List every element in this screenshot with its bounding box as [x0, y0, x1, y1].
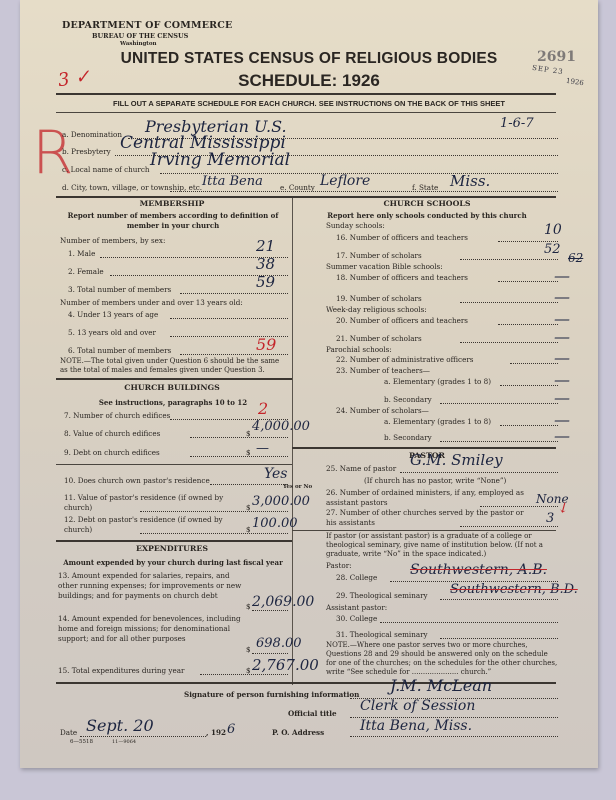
fill-line [180, 354, 288, 355]
schools-title: CHURCH SCHOOLS [296, 199, 558, 208]
q8-value: 4,000.00 [252, 419, 310, 434]
official-title-label: Official title [288, 709, 337, 718]
q29-label: 29. Theological seminary [336, 591, 428, 600]
q10-label: 10. Does church own pastor's residence [64, 476, 210, 485]
fill-line [460, 302, 558, 303]
q17-correction: 62 [568, 251, 583, 265]
weekday-schools-label: Week-day religious schools: [326, 305, 427, 314]
q23b-value: — [554, 388, 570, 407]
divider [56, 464, 292, 465]
q12-label: 12. Debt on pastor's residence (if owned… [64, 515, 244, 535]
q4-label: 4. Under 13 years of age [68, 310, 158, 319]
q19-label: 19. Number of scholars [336, 294, 422, 303]
pastor-subheading: Pastor: [326, 561, 352, 570]
q30-label: 30. College [336, 614, 377, 623]
po-address-label: P. O. Address [272, 728, 324, 737]
q9-value: — [256, 441, 269, 456]
q20-label: 20. Number of officers and teachers [336, 316, 468, 325]
local-name-label: c. Local name of church [62, 165, 150, 174]
state-value: Miss. [450, 172, 490, 190]
local-name-value: Irving Memorial [150, 150, 290, 170]
fill-line [440, 638, 558, 639]
q25-pastor-name: G.M. Smiley [410, 451, 503, 469]
fill-line [480, 506, 558, 507]
q27-label: 27. Number of other churches served by t… [326, 508, 526, 528]
q21-label: 21. Number of scholars [336, 334, 422, 343]
q18-value: — [554, 266, 570, 285]
fill-line [380, 622, 558, 623]
q15-label: 15. Total expenditures during year [58, 666, 184, 675]
sunday-schools-label: Sunday schools: [326, 221, 385, 230]
q12-value: 100.00 [252, 516, 298, 531]
fill-line [460, 526, 558, 527]
q13-label: 13. Amount expended for salaries, repair… [58, 571, 248, 601]
divider [56, 540, 292, 542]
divider [292, 447, 556, 449]
q10-value: Yes [264, 466, 288, 482]
graduate-note: If pastor (or assistant pastor) is a gra… [326, 532, 556, 559]
q16-label: 16. Number of officers and teachers [336, 233, 468, 242]
q16-value: 10 [544, 222, 562, 238]
signature-label: Signature of person furnishing informati… [184, 690, 359, 699]
q3-total-value: 59 [256, 273, 275, 291]
q19-value: — [554, 287, 570, 306]
city-heading: Washington [120, 41, 157, 47]
date-value: Sept. 20 [86, 716, 154, 735]
q26-label: 26. Number of ordained ministers, if any… [326, 488, 526, 508]
fill-line [190, 456, 288, 457]
print-code: 11—9064 [112, 739, 136, 745]
fill-line [190, 437, 288, 438]
fill-line [210, 484, 288, 485]
q6-total-value: 59 [256, 335, 276, 354]
q24-label: 24. Number of scholars— [336, 406, 429, 415]
fill-line [460, 342, 558, 343]
membership-title: MEMBERSHIP [56, 199, 288, 208]
fill-line [510, 363, 558, 364]
q24b-label: b. Secondary [384, 433, 432, 442]
buildings-title: CHURCH BUILDINGS [56, 383, 288, 392]
denomination-code: 1-6-7 [500, 116, 534, 131]
fill-line [140, 533, 288, 534]
form-title: UNITED STATES CENSUS OF RELIGIOUS BODIES [20, 50, 598, 68]
q28-label: 28. College [336, 573, 377, 582]
date-label: Date [60, 728, 77, 737]
signature-value: J.M. McLean [390, 676, 492, 695]
fill-line [500, 385, 558, 386]
q23a-value: — [554, 370, 570, 389]
q2-label: 2. Female [68, 267, 104, 276]
fill-line [180, 293, 288, 294]
stamp-number: 2691 [537, 49, 576, 65]
divider [56, 112, 556, 113]
members-by-sex-label: Number of members, by sex: [60, 236, 165, 245]
fill-line [252, 610, 288, 611]
fill-line [170, 191, 558, 192]
q14-value: 698.00 [256, 636, 302, 651]
q5-label: 5. 13 years old and over [68, 328, 156, 337]
expenditures-subtitle: Amount expended by your church during la… [60, 558, 286, 568]
q11-label: 11. Value of pastor's residence (if owne… [64, 493, 244, 513]
fill-line [498, 324, 558, 325]
fill-line [440, 403, 558, 404]
year-prefix: , 192 [206, 728, 226, 737]
q6-label: 6. Total number of members [68, 346, 171, 355]
dollar-sign: $ [246, 645, 251, 654]
city-value: Itta Bena [202, 174, 263, 189]
assistant-pastor-subheading: Assistant pastor: [326, 603, 387, 612]
fill-line [460, 259, 558, 260]
q9-label: 9. Debt on church edifices [64, 448, 160, 457]
fill-line [500, 425, 558, 426]
fill-line [200, 674, 288, 675]
parochial-schools-label: Parochial schools: [326, 345, 392, 354]
q8-label: 8. Value of church edifices [64, 429, 160, 438]
fill-line [498, 281, 558, 282]
red-arrow-mark: ↙ [555, 498, 573, 518]
presbytery-label: b. Presbytery [62, 147, 111, 156]
q23b-label: b. Secondary [384, 395, 432, 404]
fill-line [350, 736, 558, 737]
q28-college-value: Southwestern, A.B. [410, 562, 547, 578]
q17-label: 17. Number of scholars [336, 251, 422, 260]
q31-label: 31. Theological seminary [336, 630, 428, 639]
county-value: Leflore [320, 173, 370, 189]
q18-label: 18. Number of officers and teachers [336, 273, 468, 282]
fill-line [170, 318, 288, 319]
pastor-note: NOTE.—Where one pastor serves two or mor… [326, 641, 558, 677]
q20-value: — [554, 309, 570, 328]
dollar-sign: $ [246, 602, 251, 611]
summer-schools-label: Summer vacation Bible schools: [326, 262, 443, 271]
q1-label: 1. Male [68, 249, 95, 258]
census-schedule-form: DEPARTMENT OF COMMERCE BUREAU OF THE CEN… [20, 0, 598, 768]
instruction-line: FILL OUT A SEPARATE SCHEDULE FOR EACH CH… [20, 99, 598, 108]
q29-seminary-value: Southwestern, B.D. [450, 582, 578, 597]
membership-subtitle: Report number of members according to de… [60, 211, 286, 231]
q21-value: — [554, 327, 570, 346]
year-suffix: 6 [227, 722, 235, 737]
bureau-heading: BUREAU OF THE CENSUS [92, 32, 188, 40]
q27-value: 3 [546, 511, 554, 526]
divider [56, 378, 292, 380]
q11-value: 3,000.00 [252, 494, 310, 509]
q13-value: 2,069.00 [252, 594, 314, 610]
column-divider [292, 198, 293, 685]
fill-line [140, 511, 288, 512]
q14-label: 14. Amount expended for benevolences, in… [58, 614, 248, 644]
q25-label: 25. Name of pastor [326, 464, 396, 473]
schedule-title: SCHEDULE: 1926 [20, 71, 598, 91]
q24b-value: — [554, 426, 570, 445]
department-heading: DEPARTMENT OF COMMERCE [62, 20, 232, 31]
q23a-label: a. Elementary (grades 1 to 8) [384, 377, 491, 386]
q15-value: 2,767.00 [252, 656, 319, 674]
fill-line [440, 441, 558, 442]
q1-male-value: 21 [256, 237, 275, 255]
q3-label: 3. Total number of members [68, 285, 171, 294]
expenditures-title: EXPENDITURES [56, 544, 288, 553]
margin-check-mark: 3 ✓ [57, 66, 92, 91]
fill-line [440, 599, 558, 600]
q24a-label: a. Elementary (grades 1 to 8) [384, 417, 491, 426]
po-address-value: Itta Bena, Miss. [360, 718, 472, 734]
buildings-subtitle: See instructions, paragraphs 10 to 12 [60, 398, 286, 408]
q2-female-value: 38 [256, 255, 275, 273]
yes-no-hint: Yes or No [283, 484, 312, 490]
divider [56, 196, 556, 198]
fill-line [80, 736, 206, 737]
q17-value: 52 [544, 242, 561, 257]
divider [292, 530, 556, 531]
fill-line [400, 472, 558, 473]
q7-label: 7. Number of church edifices [64, 411, 170, 420]
q7-edifices-value: 2 [258, 399, 268, 418]
q22-label: 22. Number of administrative officers [336, 355, 473, 364]
denomination-label: a. Denomination [62, 130, 122, 139]
official-title-value: Clerk of Session [360, 698, 475, 714]
divider [56, 93, 556, 95]
schools-subtitle: Report here only schools conducted by th… [296, 211, 558, 221]
form-code: 6—5518 [70, 739, 93, 745]
q23-label: 23. Number of teachers— [336, 366, 430, 375]
q25-hint: (If church has no pastor, write “None”) [364, 476, 506, 485]
membership-note: NOTE.—The total given under Question 6 s… [60, 357, 288, 375]
q22-value: — [554, 348, 570, 367]
fill-line [252, 653, 288, 654]
members-by-age-label: Number of members under and over 13 year… [60, 298, 243, 307]
